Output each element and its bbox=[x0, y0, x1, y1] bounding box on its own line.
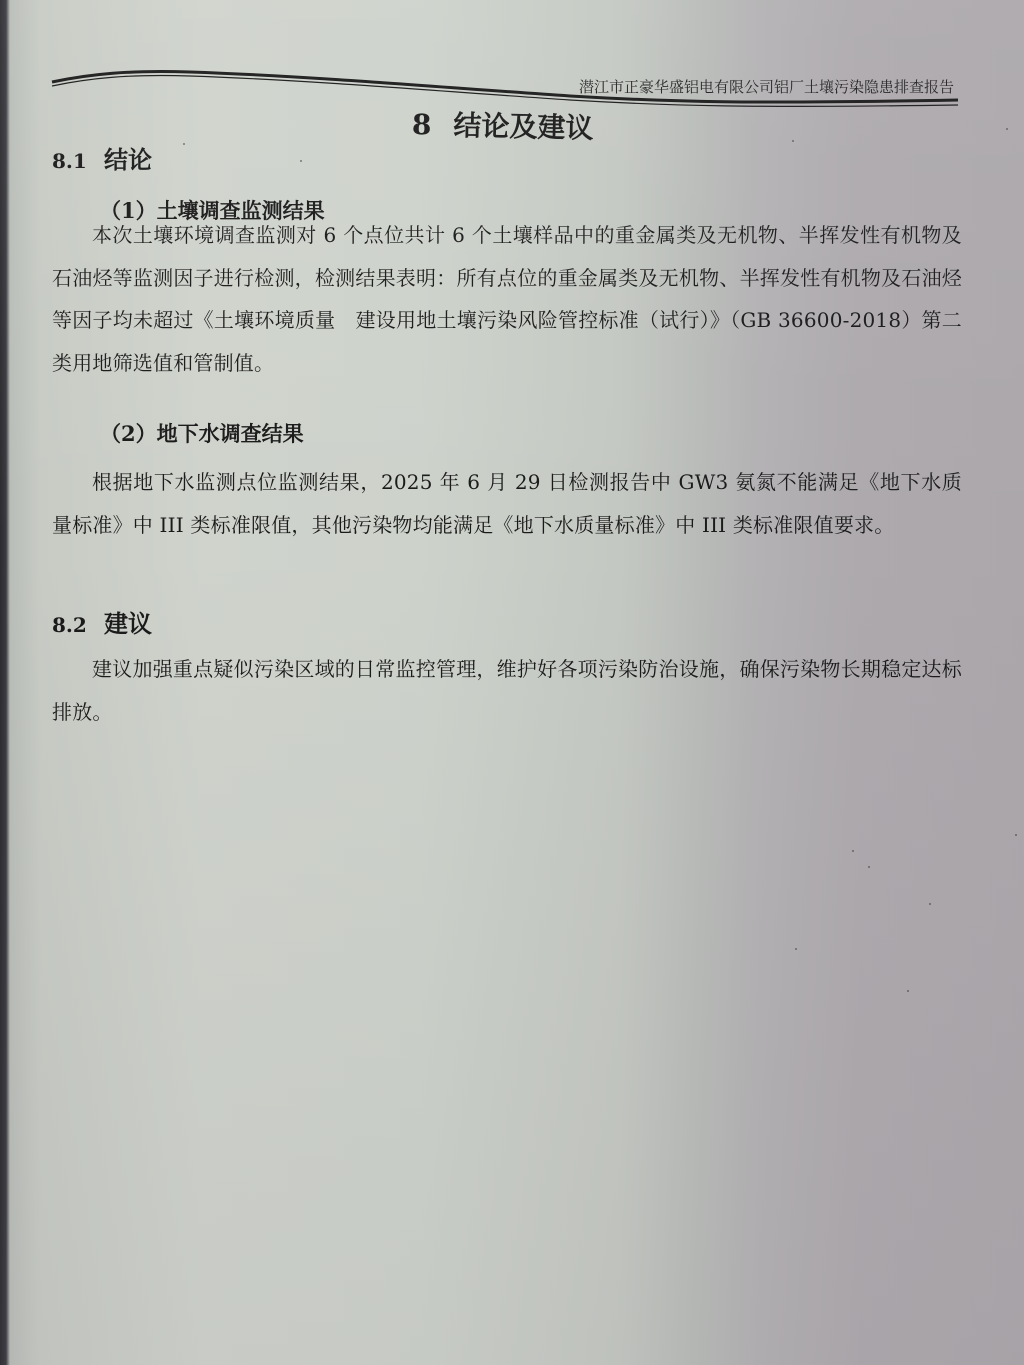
dust-speck bbox=[795, 948, 797, 950]
document-page: 潜江市正豪华盛铝电有限公司铝厂土壤污染隐患排查报告 8结论及建议 8.1结论 （… bbox=[0, 0, 1024, 1365]
dust-speck bbox=[1015, 834, 1017, 836]
section-number: 8.1 bbox=[52, 149, 104, 173]
section-number: 8.2 bbox=[52, 613, 104, 637]
section-heading-8-1: 8.1结论 bbox=[52, 140, 152, 175]
paragraph-soil-results: 本次土壤环境调查监测对 6 个点位共计 6 个土壤样品中的重金属类及无机物、半挥… bbox=[52, 214, 962, 384]
dust-speck bbox=[1006, 128, 1008, 130]
paragraph-recommendation: 建议加强重点疑似污染区域的日常监控管理，维护好各项污染防治设施，确保污染物长期稳… bbox=[52, 648, 962, 733]
paragraph-groundwater-results: 根据地下水监测点位监测结果，2025 年 6 月 29 日检测报告中 GW3 氨… bbox=[52, 461, 962, 546]
dust-speck bbox=[929, 903, 931, 905]
section-title: 结论 bbox=[104, 145, 152, 174]
dust-speck bbox=[300, 160, 302, 162]
section-title: 建议 bbox=[104, 609, 152, 638]
chapter-number: 8 bbox=[412, 108, 432, 141]
subheading-groundwater-results: （2）地下水调查结果 bbox=[100, 418, 304, 448]
dust-speck bbox=[852, 850, 854, 852]
dust-speck bbox=[183, 143, 185, 145]
dust-speck bbox=[792, 140, 794, 142]
dust-speck bbox=[907, 990, 909, 992]
section-heading-8-2: 8.2建议 bbox=[52, 604, 152, 639]
chapter-title: 8结论及建议 bbox=[412, 103, 594, 147]
dust-speck bbox=[868, 866, 870, 868]
chapter-title-text: 结论及建议 bbox=[453, 109, 594, 145]
running-header: 潜江市正豪华盛铝电有限公司铝厂土壤污染隐患排查报告 bbox=[579, 76, 954, 97]
